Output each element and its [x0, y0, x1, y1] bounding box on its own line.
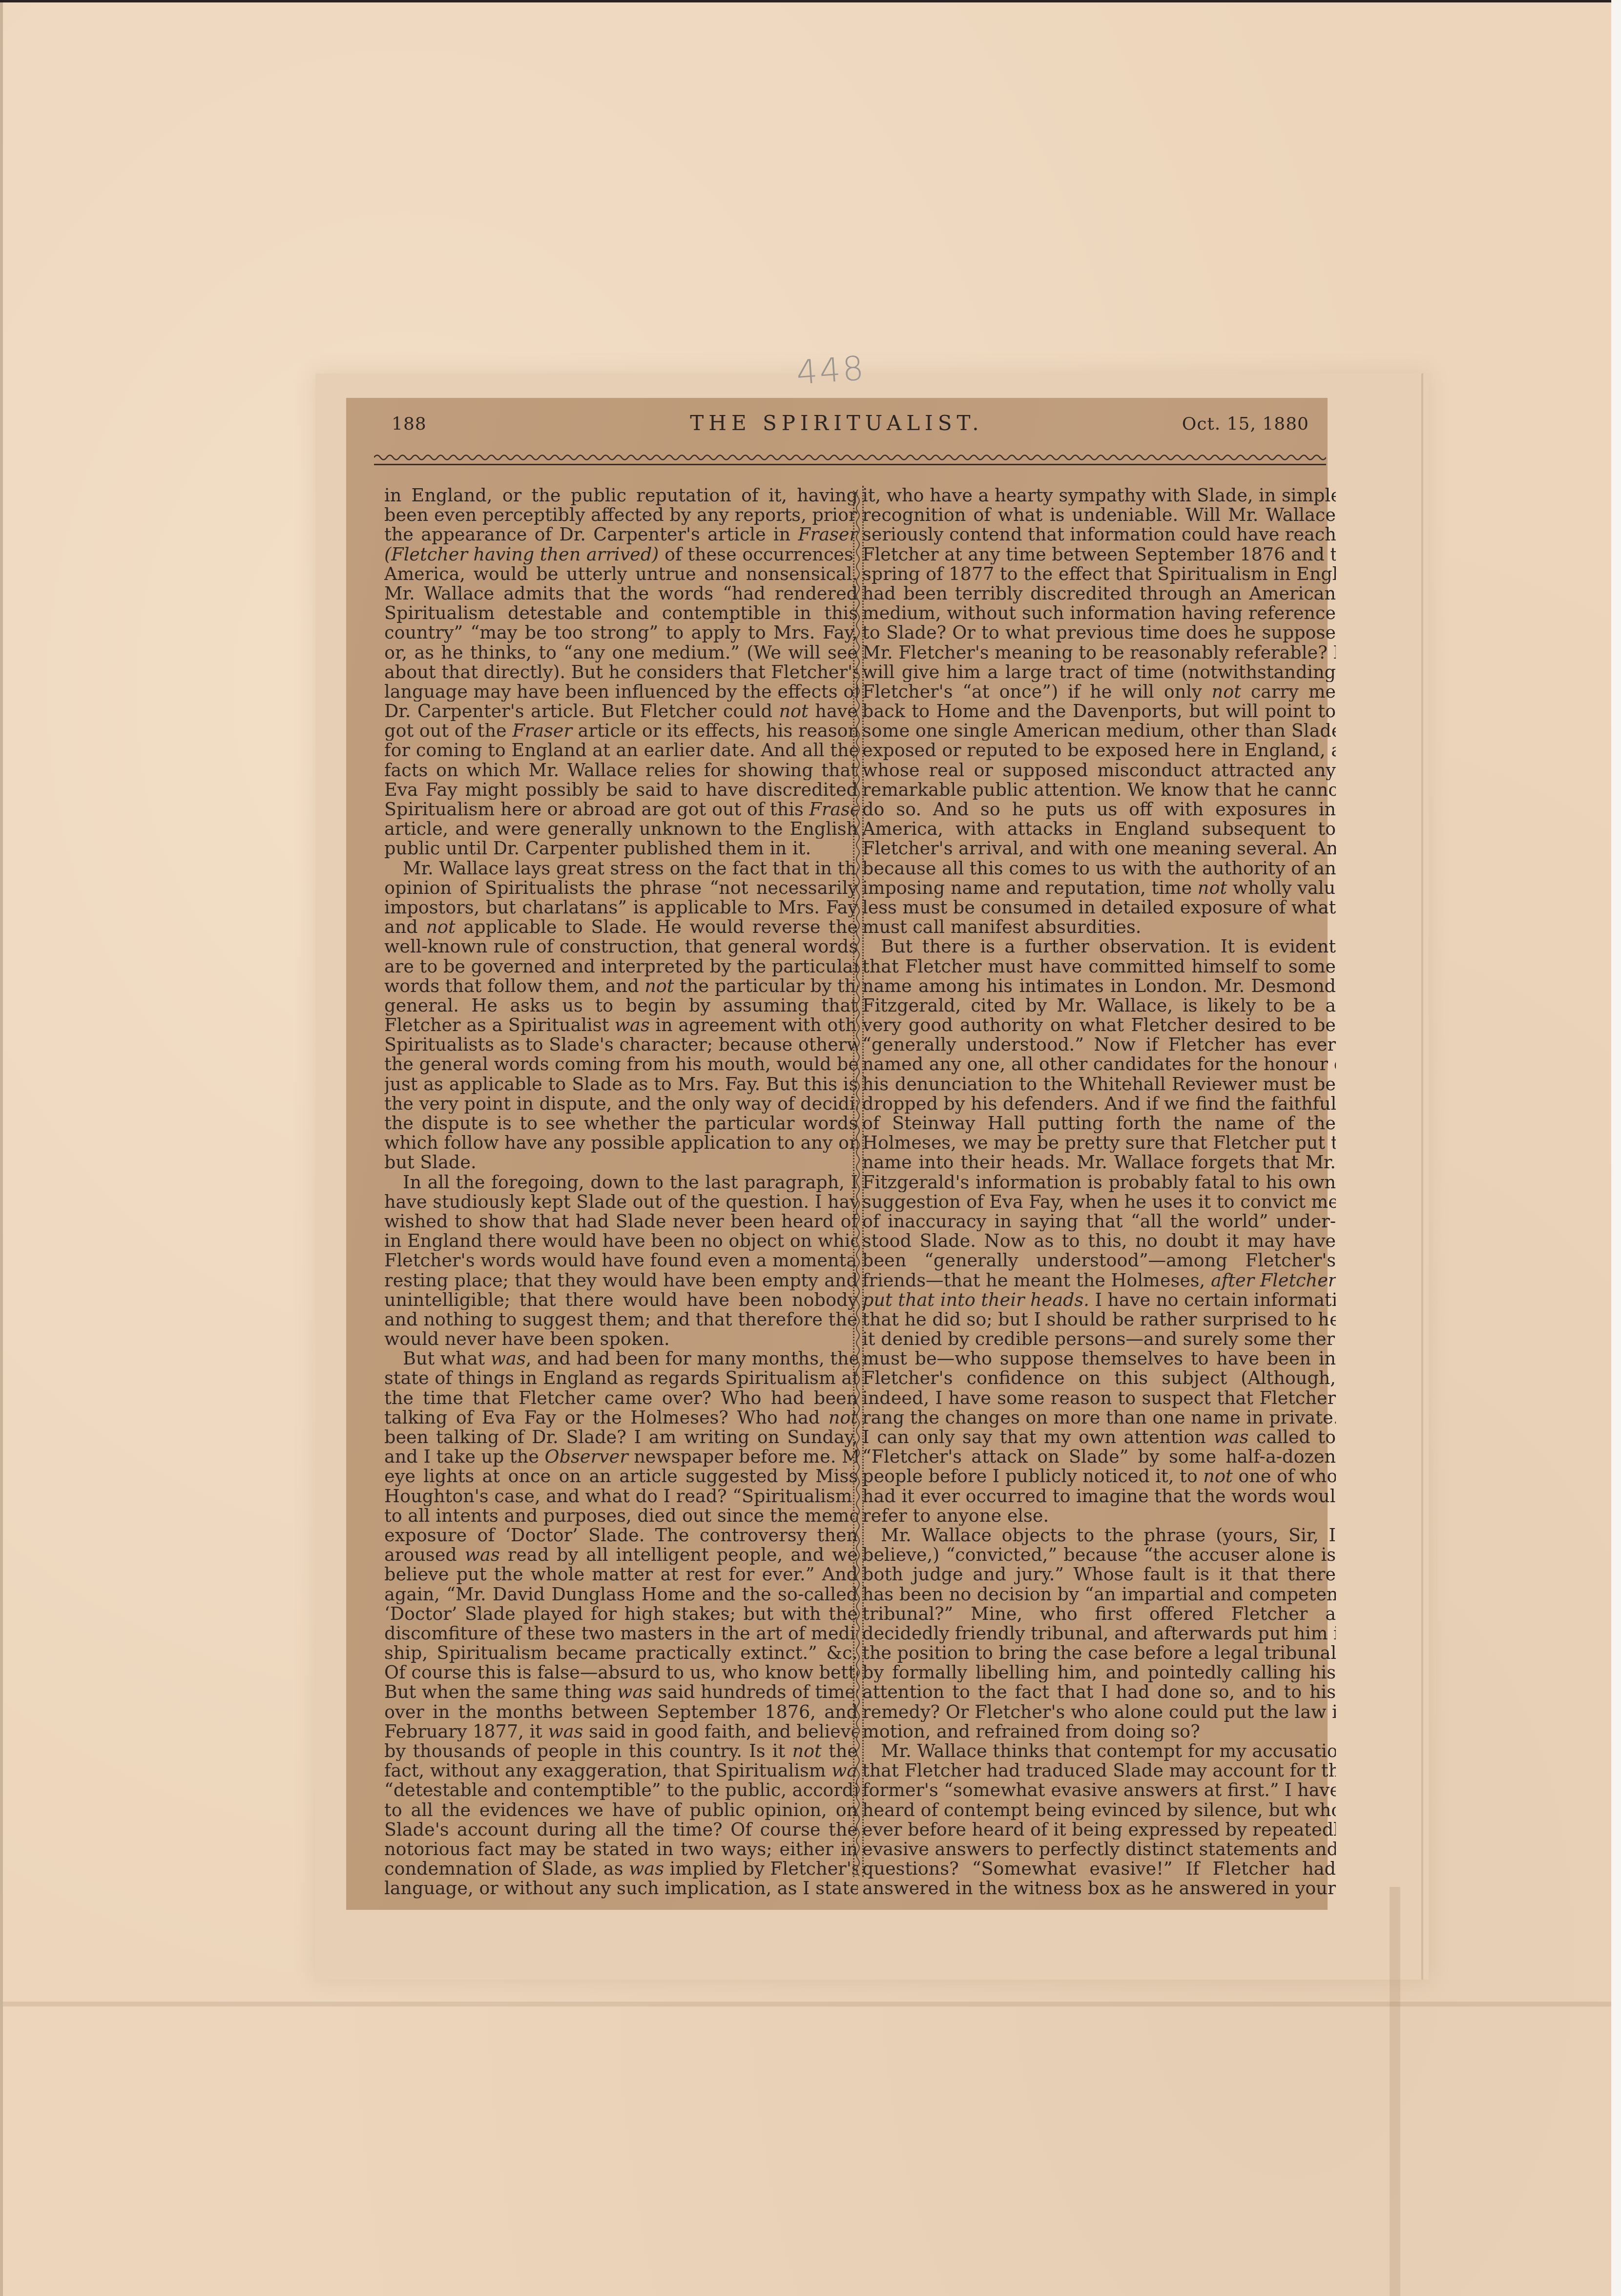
text-line: again, “Mr. David Dunglass Home and the … — [384, 1585, 858, 1604]
text-line: that Fletcher must have committed himsel… — [862, 957, 1336, 976]
text-line: condemnation of Slade, as was implied by… — [384, 1859, 858, 1879]
text-line: America, would be utterly untrue and non… — [384, 564, 858, 584]
text-line: article, and were generally unknown to t… — [384, 819, 858, 839]
text-line: notorious fact may be stated in two ways… — [384, 1840, 858, 1859]
text-line: or, as he thinks, to “any one medium.” (… — [384, 643, 858, 662]
text-line: believe put the whole matter at rest for… — [384, 1565, 858, 1584]
text-line: Spiritualism here or abroad are got out … — [384, 800, 858, 819]
text-line: the appearance of Dr. Carpenter's articl… — [384, 525, 858, 544]
text-line: talking of Eva Fay or the Holmeses? Who … — [384, 1408, 858, 1427]
text-line: which follow have any possible applicati… — [384, 1133, 858, 1153]
text-line: indeed, I have some reason to suspect th… — [862, 1388, 1336, 1408]
text-line: to all intents and purposes, died out si… — [384, 1506, 858, 1526]
text-line: named any one, all other candidates for … — [862, 1055, 1336, 1074]
text-line: Eva Fay might possibly be said to have d… — [384, 780, 858, 800]
text-line: it, who have a hearty sympathy with Slad… — [862, 486, 1336, 505]
text-line: and nothing to suggest them; and that th… — [384, 1310, 858, 1329]
text-line: attention to the fact that I had done so… — [862, 1682, 1336, 1702]
text-line: Fletcher's arrival, and with one meaning… — [862, 839, 1336, 858]
text-line: Mr. Wallace admits that the words “had r… — [384, 584, 858, 603]
text-line: I can only say that my own attention was… — [862, 1427, 1336, 1447]
text-line: words that follow them, and not the part… — [384, 976, 858, 996]
text-line: unintelligible; that there would have be… — [384, 1290, 858, 1310]
text-line: for coming to England at an earlier date… — [384, 741, 858, 760]
text-line: some one single American medium, other t… — [862, 721, 1336, 741]
text-line: remarkable public attention. We know tha… — [862, 780, 1336, 800]
issue-date: Oct. 15, 1880 — [1182, 414, 1309, 434]
text-line: exposed or reputed to be exposed here in… — [862, 741, 1336, 760]
text-line: over in the months between September 187… — [384, 1702, 858, 1722]
text-line: Fletcher at any time between September 1… — [862, 545, 1336, 564]
text-line: Mr. Wallace objects to the phrase (yours… — [862, 1526, 1336, 1545]
text-line: ever before heard of it being expressed … — [862, 1820, 1336, 1840]
running-header: 188 THE SPIRITUALIST. Oct. 15, 1880 — [346, 398, 1328, 464]
text-line: less must be consumed in detailed exposu… — [862, 898, 1336, 917]
text-line: very good authority on what Fletcher des… — [862, 1015, 1336, 1035]
text-line: fact, without any exaggeration, that Spi… — [384, 1761, 858, 1780]
text-line: it denied by credible persons—and surely… — [862, 1329, 1336, 1349]
text-line: been talking of Dr. Slade? I am writing … — [384, 1427, 858, 1447]
text-line: name into their heads. Mr. Wallace forge… — [862, 1153, 1336, 1172]
text-line: answered in the witness box as he answer… — [862, 1879, 1336, 1898]
scanner-right-edge — [1611, 0, 1621, 2296]
text-line: imposing name and reputation, time not w… — [862, 878, 1336, 898]
text-line: back to Home and the Davenports, but wil… — [862, 702, 1336, 721]
text-line: been “generally understood”—among Fletch… — [862, 1251, 1336, 1270]
right-column: it, who have a hearty sympathy with Slad… — [862, 486, 1336, 1899]
text-line: But what was, and had been for many mont… — [384, 1349, 858, 1368]
text-line: that he did so; but I should be rather s… — [862, 1310, 1336, 1329]
header-rule — [374, 464, 1326, 465]
text-line: his denunciation to the Whitehall Review… — [862, 1075, 1336, 1094]
text-line: facts on which Mr. Wallace relies for sh… — [384, 761, 858, 780]
text-line: and I take up the Observer newspaper bef… — [384, 1447, 858, 1467]
text-line: rang the changes on more than one name i… — [862, 1408, 1336, 1427]
text-line: In all the foregoing, down to the last p… — [384, 1173, 858, 1192]
text-line: Fitzgerald's information is probably fat… — [862, 1173, 1336, 1192]
text-line: and not applicable to Slade. He would re… — [384, 917, 858, 937]
text-line: Spiritualism detestable and contemptible… — [384, 603, 858, 623]
text-line: exposure of ‘Doctor’ Slade. The controve… — [384, 1526, 858, 1545]
text-line: Mr. Wallace lays great stress on the fac… — [384, 859, 858, 878]
text-line: are to be governed and interpreted by th… — [384, 957, 858, 976]
text-line: discomfiture of these two masters in the… — [384, 1624, 858, 1643]
fold-stain-horizontal — [3, 2002, 1614, 2006]
text-line: February 1877, it was said in good faith… — [384, 1722, 858, 1741]
text-line: friends—that he meant the Holmeses, afte… — [862, 1271, 1336, 1290]
text-line: ship, Spiritualism became practically ex… — [384, 1643, 858, 1663]
text-line: in England, or the public reputation of … — [384, 486, 858, 505]
text-line: medium, without such information having … — [862, 603, 1336, 623]
text-line: got out of the Fraser article or its eff… — [384, 721, 858, 741]
text-line: have studiously kept Slade out of the qu… — [384, 1192, 858, 1212]
text-line: eye lights at once on an article suggest… — [384, 1467, 858, 1486]
text-line: but Slade. — [384, 1153, 858, 1172]
text-line: would never have been spoken. — [384, 1329, 858, 1349]
text-line: But when the same thing was said hundred… — [384, 1682, 858, 1702]
text-line: aroused was read by all intelligent peop… — [384, 1545, 858, 1565]
text-line: both judge and jury.” Whose fault is it … — [862, 1565, 1336, 1584]
text-line: country” “may be too strong” to apply to… — [384, 623, 858, 642]
text-line: suggestion of Eva Fay, when he uses it t… — [862, 1192, 1336, 1212]
text-line: well-known rule of construction, that ge… — [384, 937, 858, 956]
text-line: “generally understood.” Now if Fletcher … — [862, 1035, 1336, 1055]
text-line: America, with attacks in England subsequ… — [862, 819, 1336, 839]
text-line: Mr. Wallace thinks that contempt for my … — [862, 1741, 1336, 1761]
text-line: impostors, but charlatans” is applicable… — [384, 898, 858, 917]
text-line: Houghton's case, and what do I read? “Sp… — [384, 1487, 858, 1506]
fold-stain-vertical — [1390, 1887, 1400, 2296]
text-line: decidedly friendly tribunal, and afterwa… — [862, 1624, 1336, 1643]
mount-edge-line — [1421, 373, 1423, 1980]
text-line: “detestable and contemptible” to the pub… — [384, 1780, 858, 1800]
text-line: Holmeses, we may be pretty sure that Fle… — [862, 1133, 1336, 1153]
text-line: Mr. Fletcher's meaning to be reasonably … — [862, 643, 1336, 662]
text-line: heard of contempt being evinced by silen… — [862, 1800, 1336, 1820]
pencil-folio-number: 448 — [795, 349, 867, 393]
text-line: Fitzgerald, cited by Mr. Wallace, is lik… — [862, 996, 1336, 1015]
text-line: questions? “Somewhat evasive!” If Fletch… — [862, 1859, 1336, 1879]
text-line: must be—who suppose themselves to have b… — [862, 1349, 1336, 1368]
newspaper-clipping: 188 THE SPIRITUALIST. Oct. 15, 1880 in E… — [346, 398, 1328, 1910]
text-line: by thousands of people in this country. … — [384, 1741, 858, 1761]
text-line: the dispute is to see whether the partic… — [384, 1114, 858, 1133]
text-line: put that into their heads. I have no cer… — [862, 1290, 1336, 1310]
text-line: must call manifest absurdities. — [862, 917, 1336, 937]
text-line: seriously contend that information could… — [862, 525, 1336, 544]
text-line: because all this comes to us with the au… — [862, 859, 1336, 878]
text-line: believe,) “convicted,” because “the accu… — [862, 1545, 1336, 1565]
left-column: in England, or the public reputation of … — [384, 486, 858, 1899]
text-line: Slade's account during all the time? Of … — [384, 1820, 858, 1840]
text-line: motion, and refrained from doing so? — [862, 1722, 1336, 1741]
text-line: to all the evidences we have of public o… — [384, 1800, 858, 1820]
text-line: former's “somewhat evasive answers at fi… — [862, 1780, 1336, 1800]
text-line: stood Slade. Now as to this, no doubt it… — [862, 1231, 1336, 1251]
text-line: the very point in dispute, and the only … — [384, 1094, 858, 1114]
text-line: Fletcher's words would have found even a… — [384, 1251, 858, 1270]
text-line: the general words coming from his mouth,… — [384, 1055, 858, 1074]
text-line: to Slade? Or to what previous time does … — [862, 623, 1336, 642]
text-line: just as applicable to Slade as to Mrs. F… — [384, 1075, 858, 1094]
text-line: whose real or supposed misconduct attrac… — [862, 761, 1336, 780]
text-line: “Fletcher's attack on Slade” by some hal… — [862, 1447, 1336, 1467]
text-line: that Fletcher had traduced Slade may acc… — [862, 1761, 1336, 1780]
text-line: of Steinway Hall putting forth the name … — [862, 1114, 1336, 1133]
text-line: Fletcher as a Spiritualist was in agreem… — [384, 1015, 858, 1035]
text-line: evasive answers to perfectly distinct st… — [862, 1840, 1336, 1859]
article-body: in England, or the public reputation of … — [346, 486, 1328, 1897]
text-line: Spiritualists as to Slade's character; b… — [384, 1035, 858, 1055]
album-page: 448 188 THE SPIRITUALIST. Oct. 15, 1880 … — [0, 2, 1614, 2296]
text-line: remedy? Or Fletcher's who alone could pu… — [862, 1702, 1336, 1722]
text-line: wished to show that had Slade never been… — [384, 1212, 858, 1231]
journal-title: THE SPIRITUALIST. — [346, 411, 1328, 435]
text-line: Dr. Carpenter's article. But Fletcher co… — [384, 702, 858, 721]
text-line: recognition of what is undeniable. Will … — [862, 505, 1336, 525]
text-line: the time that Fletcher came over? Who ha… — [384, 1388, 858, 1408]
text-line: tribunal?” Mine, who first offered Fletc… — [862, 1604, 1336, 1624]
text-line: But there is a further observation. It i… — [862, 937, 1336, 956]
text-line: opinion of Spiritualists the phrase “not… — [384, 878, 858, 898]
text-line: about that directly). But he considers t… — [384, 662, 858, 682]
text-line: spring of 1877 to the effect that Spirit… — [862, 564, 1336, 584]
text-line: language, or without any such implicatio… — [384, 1879, 858, 1898]
text-line: resting place; that they would have been… — [384, 1271, 858, 1290]
text-line: language may have been influenced by the… — [384, 682, 858, 702]
text-line: in England there would have been no obje… — [384, 1231, 858, 1251]
text-line: the position to bring the case before a … — [862, 1643, 1336, 1663]
text-line: ‘Doctor’ Slade played for high stakes; b… — [384, 1604, 858, 1624]
text-line: Fletcher's confidence on this subject (A… — [862, 1368, 1336, 1388]
text-line: had been terribly discredited through an… — [862, 584, 1336, 603]
text-line: name among his intimates in London. Mr. … — [862, 976, 1336, 996]
text-line: by formally libelling him, and pointedly… — [862, 1663, 1336, 1682]
text-line: has been no decision by “an impartial an… — [862, 1585, 1336, 1604]
text-line: dropped by his defenders. And if we find… — [862, 1094, 1336, 1114]
wavy-header-rule — [374, 453, 1326, 462]
text-line: refer to anyone else. — [862, 1506, 1336, 1526]
text-line: general. He asks us to begin by assuming… — [384, 996, 858, 1015]
text-line: of inaccuracy in saying that “all the wo… — [862, 1212, 1336, 1231]
text-line: Of course this is false—absurd to us, wh… — [384, 1663, 858, 1682]
wavy-column-rule — [854, 490, 861, 1876]
text-line: state of things in England as regards Sp… — [384, 1368, 858, 1388]
text-line: people before I publicly noticed it, to … — [862, 1467, 1336, 1486]
text-line: had it ever occurred to imagine that the… — [862, 1487, 1336, 1506]
text-line: do so. And so he puts us off with exposu… — [862, 800, 1336, 819]
text-line: Fletcher's “at once”) if he will only no… — [862, 682, 1336, 702]
text-line: public until Dr. Carpenter published the… — [384, 839, 858, 858]
text-line: will give him a large tract of time (not… — [862, 662, 1336, 682]
text-line: been even perceptibly affected by any re… — [384, 505, 858, 525]
text-line: (Fletcher having then arrived) of these … — [384, 545, 858, 564]
